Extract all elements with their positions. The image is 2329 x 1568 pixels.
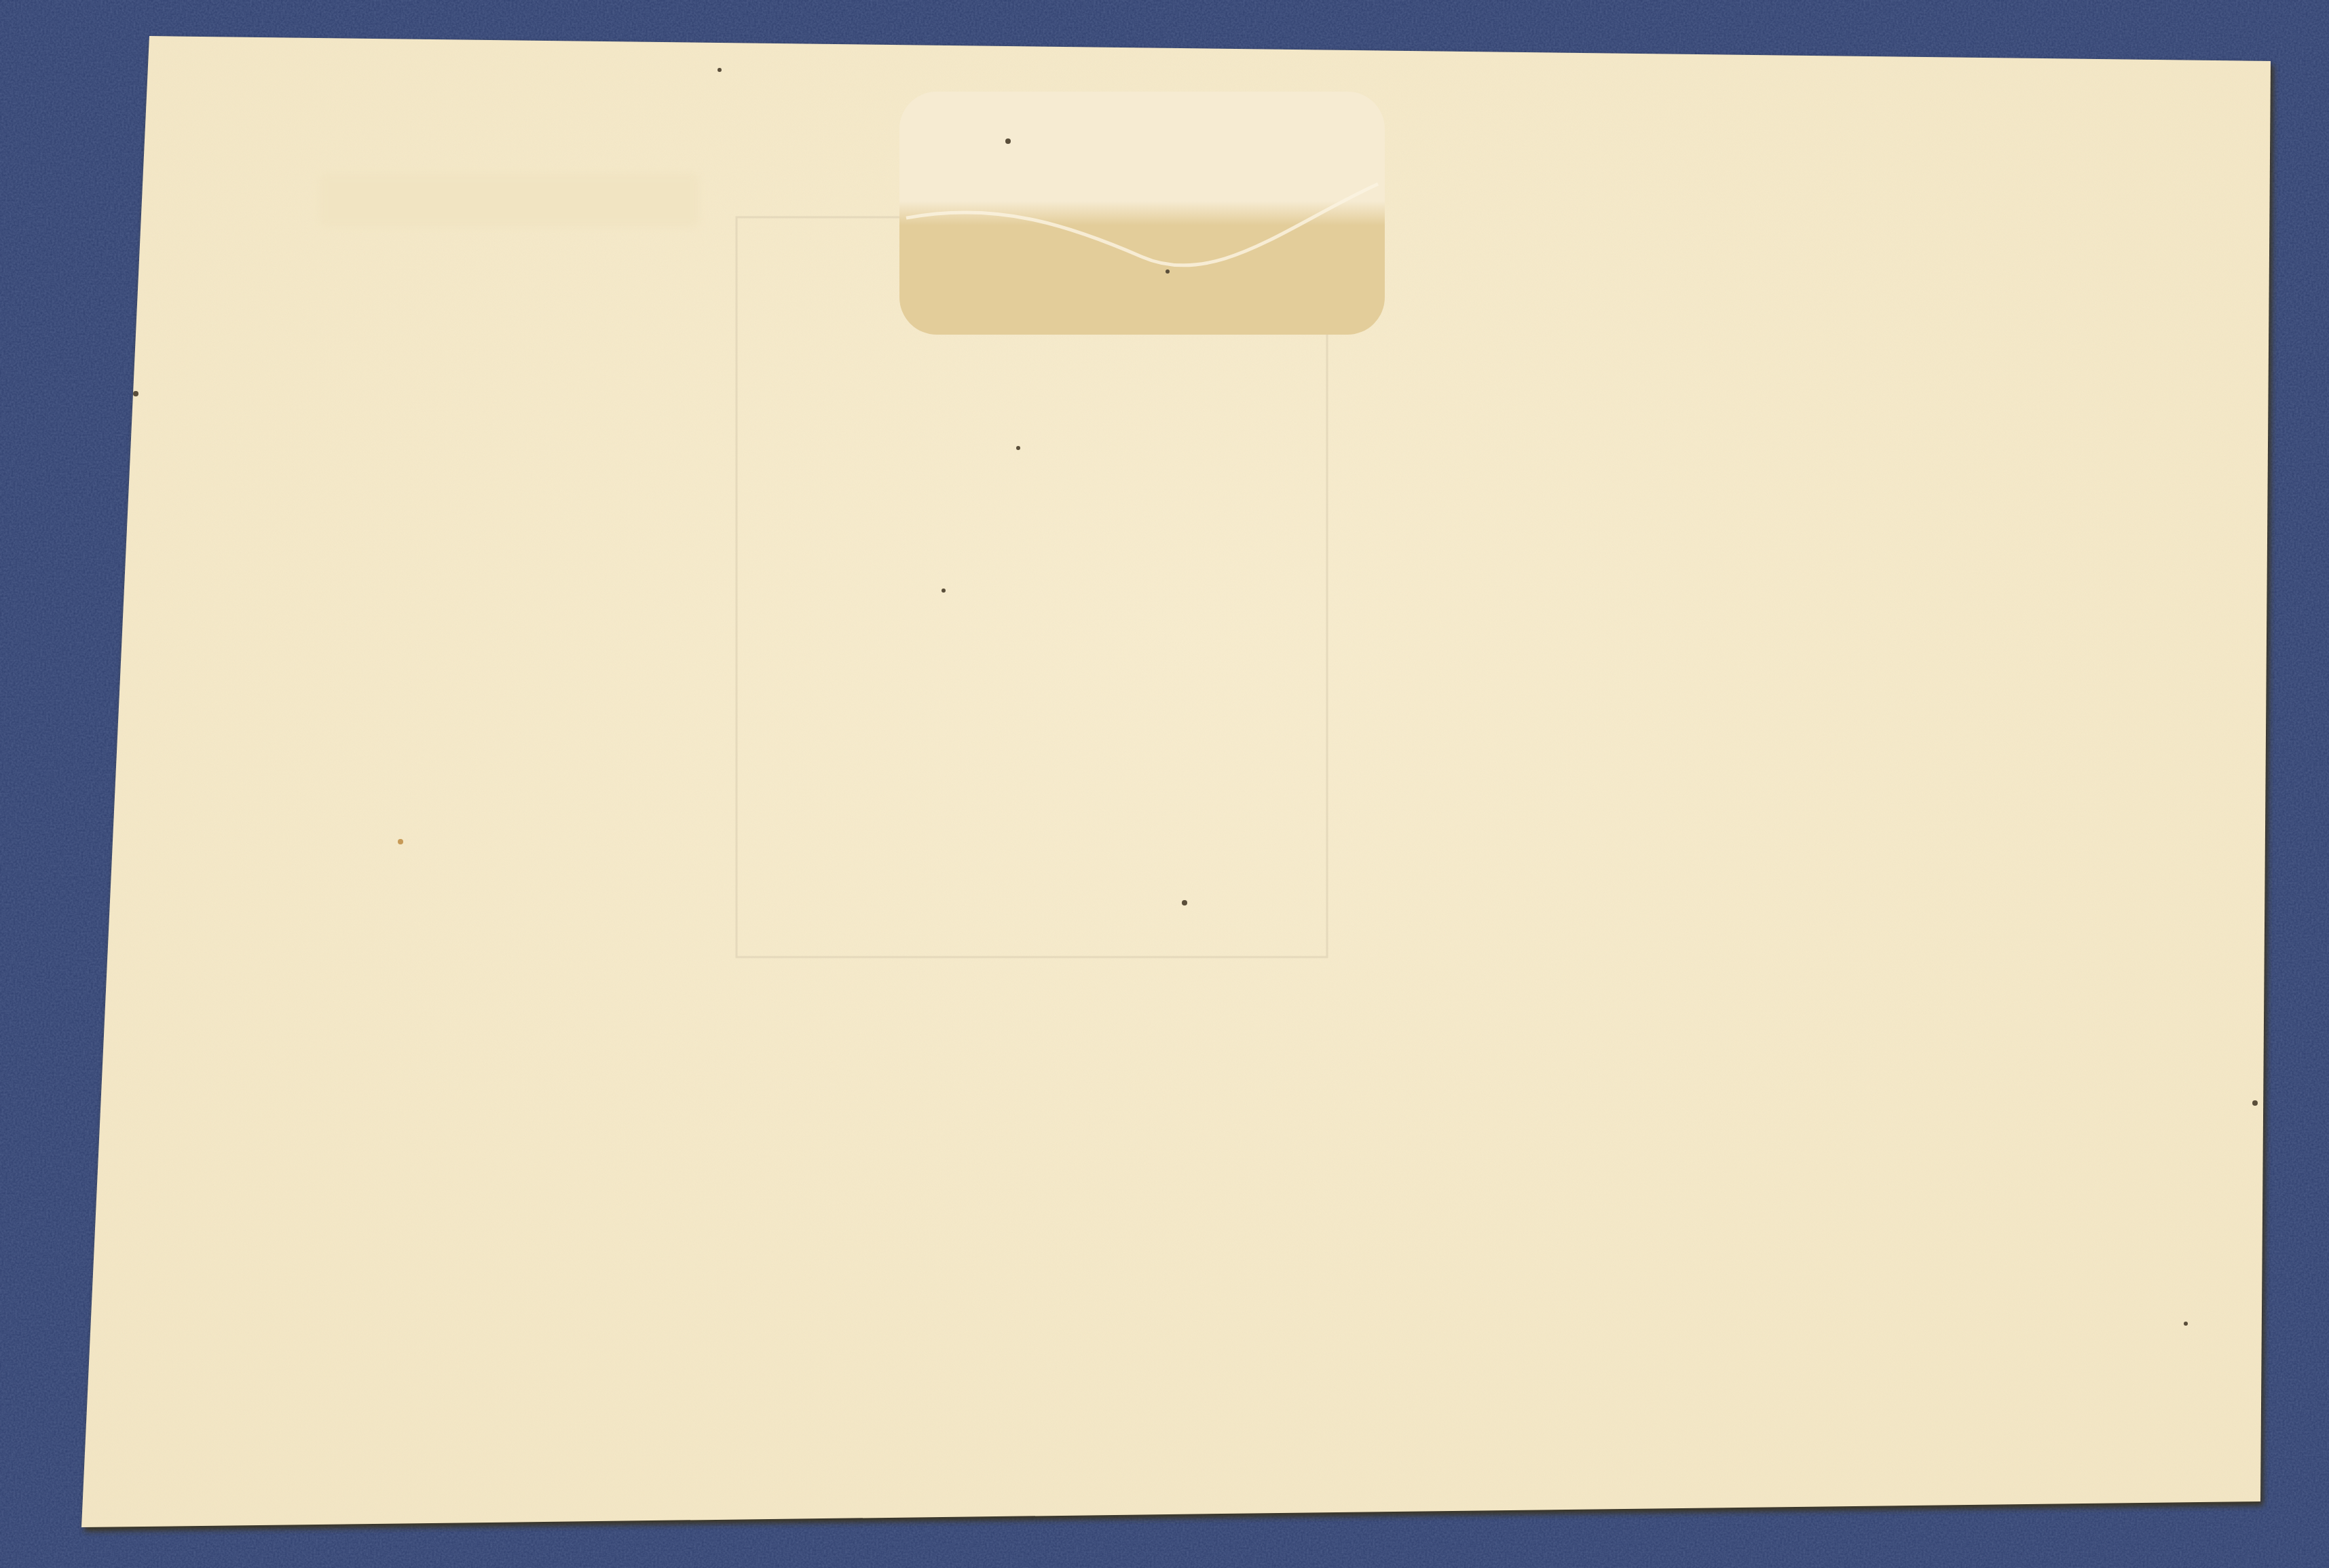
scene-canvas bbox=[0, 0, 2329, 1568]
faint-hinge-mark bbox=[319, 173, 699, 227]
photo-scene bbox=[0, 0, 2329, 1568]
